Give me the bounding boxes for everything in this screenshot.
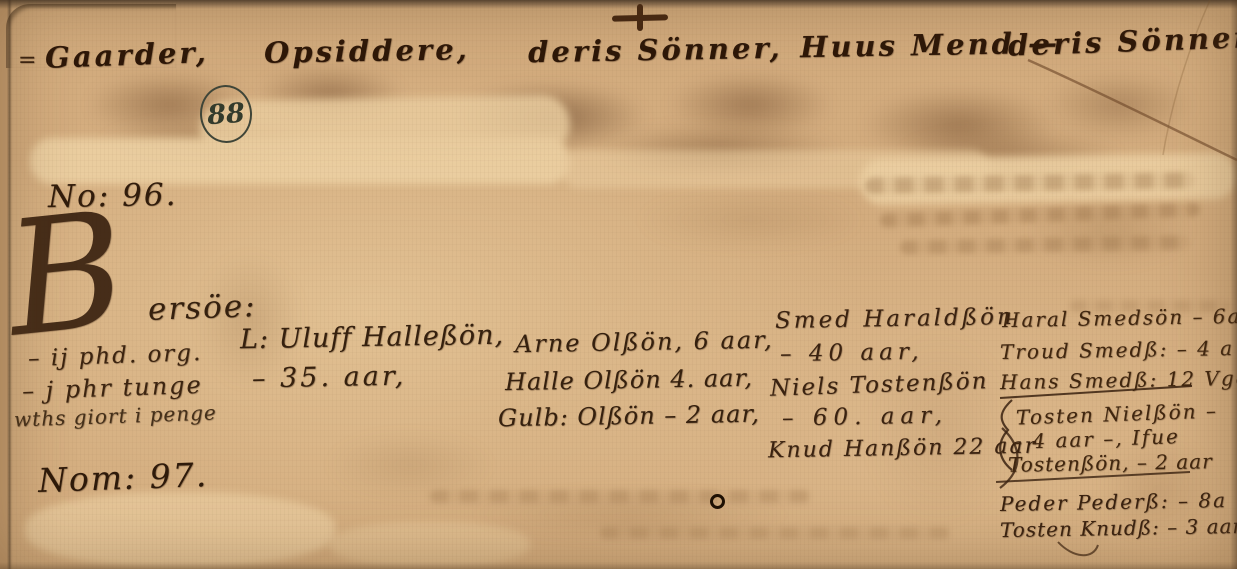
huusmand-line: – 40 aar,: [780, 339, 924, 368]
skyld-line: – j phr tunge: [22, 371, 204, 405]
opsidder-name: L: Uluff Halleßön,: [240, 320, 505, 356]
faded-patch: [200, 95, 571, 159]
page-right-edge: [1230, 0, 1237, 569]
huusmand-son-line: Troud Smedß: – 4 a: [1000, 336, 1234, 364]
son-line: Arne Olßön, 6 aar,: [515, 326, 774, 359]
son-line: Gulb: Olßön – 2 aar,: [498, 400, 760, 433]
manuscript-page: = Gaarder, Opsiddere, deris Sönner, Huus…: [0, 0, 1237, 569]
huusmand-son-line: Peder Pederß: – 8a: [1000, 488, 1227, 516]
margin-mark: =: [18, 48, 36, 73]
huusmand-son-line: Haral Smedsön – 6a: [1002, 304, 1237, 332]
farm-initial: B: [0, 190, 132, 359]
huusmand-son-line: Hans Smedß: 12 Vge: [1000, 366, 1237, 394]
ink-blot: [710, 494, 725, 509]
farm-name: ersöe:: [147, 288, 257, 328]
page-number-value: 88: [206, 97, 246, 131]
faded-patch: [330, 522, 530, 567]
cross-mark: [610, 2, 670, 34]
opsidder-age: – 35. aar,: [252, 361, 407, 395]
bleed-through-text: [430, 490, 810, 503]
huusmand-line: – 60. aar,: [782, 403, 948, 432]
huusmand-son-line: Tosten Knudß: – 3 aar: [1000, 514, 1237, 542]
skyld-line: – ij phd. org.: [28, 340, 203, 372]
column-header-gaarder: Gaarder,: [44, 35, 209, 75]
huusmand-line: Knud Hanßön 22 aar: [768, 434, 1038, 464]
stain: [600, 180, 900, 260]
entry-97-number: Nom: 97.: [37, 455, 208, 500]
bleed-through-text: [600, 527, 950, 539]
column-header-opsiddere: Opsiddere,: [264, 32, 470, 70]
huusmand-son-line: Tostenßön, – 2 aar: [1008, 449, 1213, 477]
page-bottom-edge: [0, 562, 1237, 569]
cross-mark-bar: [637, 4, 643, 31]
huusmand-line: Smed Haraldßön: [775, 304, 1015, 334]
skyld-line: wths giort i penge: [14, 400, 217, 431]
faded-patch: [25, 492, 335, 567]
column-header-deris-sonner-1: deris Sönner,: [528, 31, 783, 69]
son-line: Halle Olßön 4. aar,: [505, 364, 753, 396]
